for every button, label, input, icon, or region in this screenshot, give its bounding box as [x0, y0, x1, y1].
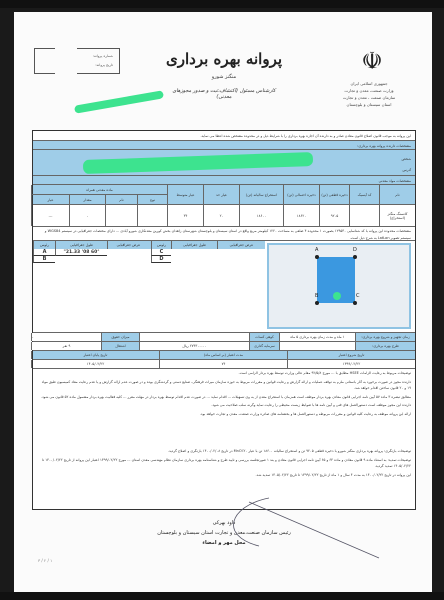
redaction-mark	[74, 90, 164, 114]
coord-header-lat-2: عرض جغرافیایی	[217, 241, 265, 249]
validity-note: این پروانه در تاریخ ۱۴۰۰/۰۲/۲۲ به مدت ۴ …	[33, 471, 415, 480]
org-line3: سازمان صنعت ، معدن و تجارت	[324, 94, 414, 101]
header-definite-reserve: ذخیره قطعی (تن)	[319, 185, 349, 204]
page-number: ۱ / ۲ / ۳	[38, 558, 52, 563]
holder-info-row: شخص آدرس	[33, 150, 415, 176]
header-name: نام	[379, 185, 415, 204]
vertex-a-lon: 60° 08' 21.33"	[55, 249, 107, 256]
header-cutoff-grade: عیار حد	[203, 185, 239, 204]
area-description-row: مشخصات محدوده این پروانه با کد شناسایی ۱…	[33, 227, 415, 241]
bottom-bar	[0, 592, 444, 600]
cell-cutoff-grade: ۲۰	[203, 205, 239, 226]
area-description: مشخصات محدوده این پروانه با کد شناسایی ۱…	[33, 227, 415, 242]
vertex-c: C	[151, 249, 171, 256]
organization-block: جمهوری اسلامی ایران وزارت صنعت، معدن و ت…	[324, 80, 414, 108]
royalty-label: میزان حقوق	[101, 333, 139, 341]
redaction-mark	[83, 152, 313, 174]
plan-label: طرح بهره برداری:	[355, 342, 415, 350]
map-label-a: A	[315, 247, 318, 253]
permit-date-label: تاریخ پروانه:	[95, 63, 113, 67]
condition-regulations: ارائه این پروانه موظف به رعایت کلیه قوان…	[33, 410, 415, 419]
conditions-block: توضیحات مربوط به رعایت الزامات HSEE مطاب…	[33, 369, 415, 447]
document-title: پروانه بهره برداری	[164, 50, 284, 68]
coordinates-map-row: رئوس طول جغرافیایی عرض جغرافیایی رئوس طو…	[33, 241, 415, 333]
coordinates-table: رئوس طول جغرافیایی عرض جغرافیایی رئوس طو…	[33, 241, 265, 263]
cell-average-grade: ۳۴	[167, 205, 203, 226]
intro-row: این پروانه به موجب قانون اصلاح قانون معا…	[33, 131, 415, 141]
cell-companion-type	[137, 205, 167, 226]
end-date-value: ۱۴۰۵/۰۲/۲۲	[31, 360, 159, 368]
header-companion-amount: مقدار	[69, 195, 105, 205]
revision-note: توضیحات بازنگری: پروانه بهره برداری منگن…	[33, 447, 415, 456]
org-line2: وزارت صنعت، معدن و تجارت	[324, 87, 414, 94]
header-companion-type: نوع	[137, 195, 167, 205]
personnel-value: ۹ نفر	[31, 342, 101, 350]
coord-header-vertex: رئوس	[33, 241, 55, 249]
cutoff-label: کوهی کسات	[249, 333, 279, 341]
header-average-grade: عیار متوسط	[167, 185, 203, 204]
header-companion-grade: عیار	[31, 195, 69, 205]
map-label-b: B	[315, 293, 318, 299]
vertex-c-marker	[353, 301, 357, 305]
vertex-a-marker	[315, 255, 319, 259]
condition-environment: دارنده این مجوز موظف است دستورالعمل های …	[33, 401, 415, 410]
cell-isic	[349, 205, 379, 226]
vertex-d-marker	[353, 255, 357, 259]
vertex-b: B	[33, 256, 55, 263]
address-label: آدرس	[399, 165, 416, 175]
schedule-row: زمان تجهیز و شروع بهره برداری: ۱ ماه و م…	[33, 333, 415, 342]
cutoff-value	[139, 333, 249, 341]
validity-header-row: تاریخ شروع اعتبار مدت اعتبار (بر اساس ما…	[33, 351, 415, 360]
coord-header-lon-2: طول جغرافیایی	[171, 241, 217, 249]
cell-companion-name	[105, 205, 137, 226]
extension-note: توضیحات تمدید: به استناد ماده ۹ قانون مع…	[33, 456, 415, 471]
personnel-label: اشتغال	[101, 342, 139, 350]
map-label-d: D	[353, 247, 357, 253]
permit-document: ☫ جمهوری اسلامی ایران وزارت صنعت، معدن و…	[14, 12, 432, 594]
document-subtitle: کارشناس مسئول (اکتشاف،ثبت و صدور مجوزهای…	[164, 88, 284, 100]
permit-table: این پروانه به موجب قانون اصلاح قانون معا…	[32, 130, 416, 510]
area-map: A D B C	[267, 243, 411, 329]
cell-companion-amount: -	[69, 205, 105, 226]
mine-title-row: مشخصات مواد معدنی	[33, 176, 415, 185]
person-label: شخص	[398, 154, 415, 164]
mine-table-header: نام کد آیسیک ذخیره قطعی (تن) ذخیره احتما…	[33, 185, 415, 205]
header-annual-extraction: استخراج سالیانه (تن)	[239, 185, 283, 204]
vertex-a: A	[33, 249, 55, 256]
coord-header-lat: عرض جغرافیایی	[107, 241, 149, 249]
investment-label: سرمایه گذاری	[249, 342, 279, 350]
start-date-label: تاریخ شروع اعتبار	[287, 351, 415, 359]
permit-number-box: شماره پروانه: تاریخ پروانه:	[34, 48, 120, 74]
condition-note3: مطابق تبصره ۳ ماده ۵۷ آیین نامه اجرایی ق…	[33, 393, 415, 402]
mineral-name: منگنز شورو	[184, 74, 264, 80]
validity-label: مدت اعتبار (بر اساس ماه)	[159, 351, 287, 359]
org-line1: جمهوری اسلامی ایران	[324, 80, 414, 87]
condition-hse: توضیحات مربوط به رعایت الزامات HSEE مطاب…	[33, 369, 415, 378]
iran-emblem-icon: ☫	[350, 47, 394, 75]
royalty-value: -	[31, 333, 101, 341]
permit-number-label: شماره پروانه:	[93, 54, 113, 58]
cell-companion-grade: ---	[31, 205, 69, 226]
header-probable-reserve: ذخیره احتمالی (تن)	[283, 185, 319, 204]
header-companion-name: نام	[105, 195, 137, 205]
plan-value	[279, 342, 355, 350]
intro-text: این پروانه به موجب قانون اصلاح قانون معا…	[33, 131, 415, 141]
start-date-value: ۱۳۹۹/۰۲/۲۲	[287, 360, 415, 368]
condition-heritage: دارنده مجوز در صورت برخورد به آثار باستا…	[33, 378, 415, 393]
vertex-d: D	[151, 256, 171, 263]
top-bar	[0, 0, 444, 8]
validity-value: ۷۴	[159, 360, 287, 368]
coord-header-vertex-2: رئوس	[151, 241, 171, 249]
investment-value: ۲۷۴۳۰۰۰۰۰ ریال	[139, 342, 249, 350]
redaction-mark	[333, 292, 341, 300]
org-line4: استان سیستان و بلوچستان	[324, 101, 414, 108]
plan-row: طرح بهره برداری: سرمایه گذاری ۲۷۴۳۰۰۰۰۰ …	[33, 342, 415, 351]
cell-definite-reserve: ۹۲۰۵	[319, 205, 349, 226]
signature-scribble-icon	[209, 496, 389, 566]
coord-header-lon: طول جغرافیایی	[55, 241, 107, 249]
cell-annual-extraction: ۱۸۶۰۰	[239, 205, 283, 226]
mine-table-row: کانسنگ منگنز (استخراج) ۹۲۰۵ ۱۸۶۲۰ ۱۸۶۰۰ …	[33, 205, 415, 227]
map-label-c: C	[356, 293, 360, 299]
schedule-label: زمان تجهیز و شروع بهره برداری:	[355, 333, 415, 341]
holder-title-row: مشخصات دارنده پروانه بهره برداری:	[33, 141, 415, 150]
document-header: ☫ جمهوری اسلامی ایران وزارت صنعت، معدن و…	[14, 12, 432, 127]
schedule-value: ۱ ماه و مدت زمان بهره برداری ۵ ماه	[279, 333, 355, 341]
validity-value-row: ۱۳۹۹/۰۲/۲۲ ۷۴ ۱۴۰۵/۰۲/۲۲	[33, 360, 415, 369]
header-isic: کد آیسیک	[349, 185, 379, 204]
cell-name: کانسنگ منگنز (استخراج)	[379, 205, 415, 226]
end-date-label: تاریخ پایان اعتبار	[31, 351, 159, 359]
cell-probable-reserve: ۱۸۶۲۰	[283, 205, 319, 226]
vertex-b-marker	[315, 301, 319, 305]
header-companion: ماده معدنی همراه	[31, 185, 167, 195]
